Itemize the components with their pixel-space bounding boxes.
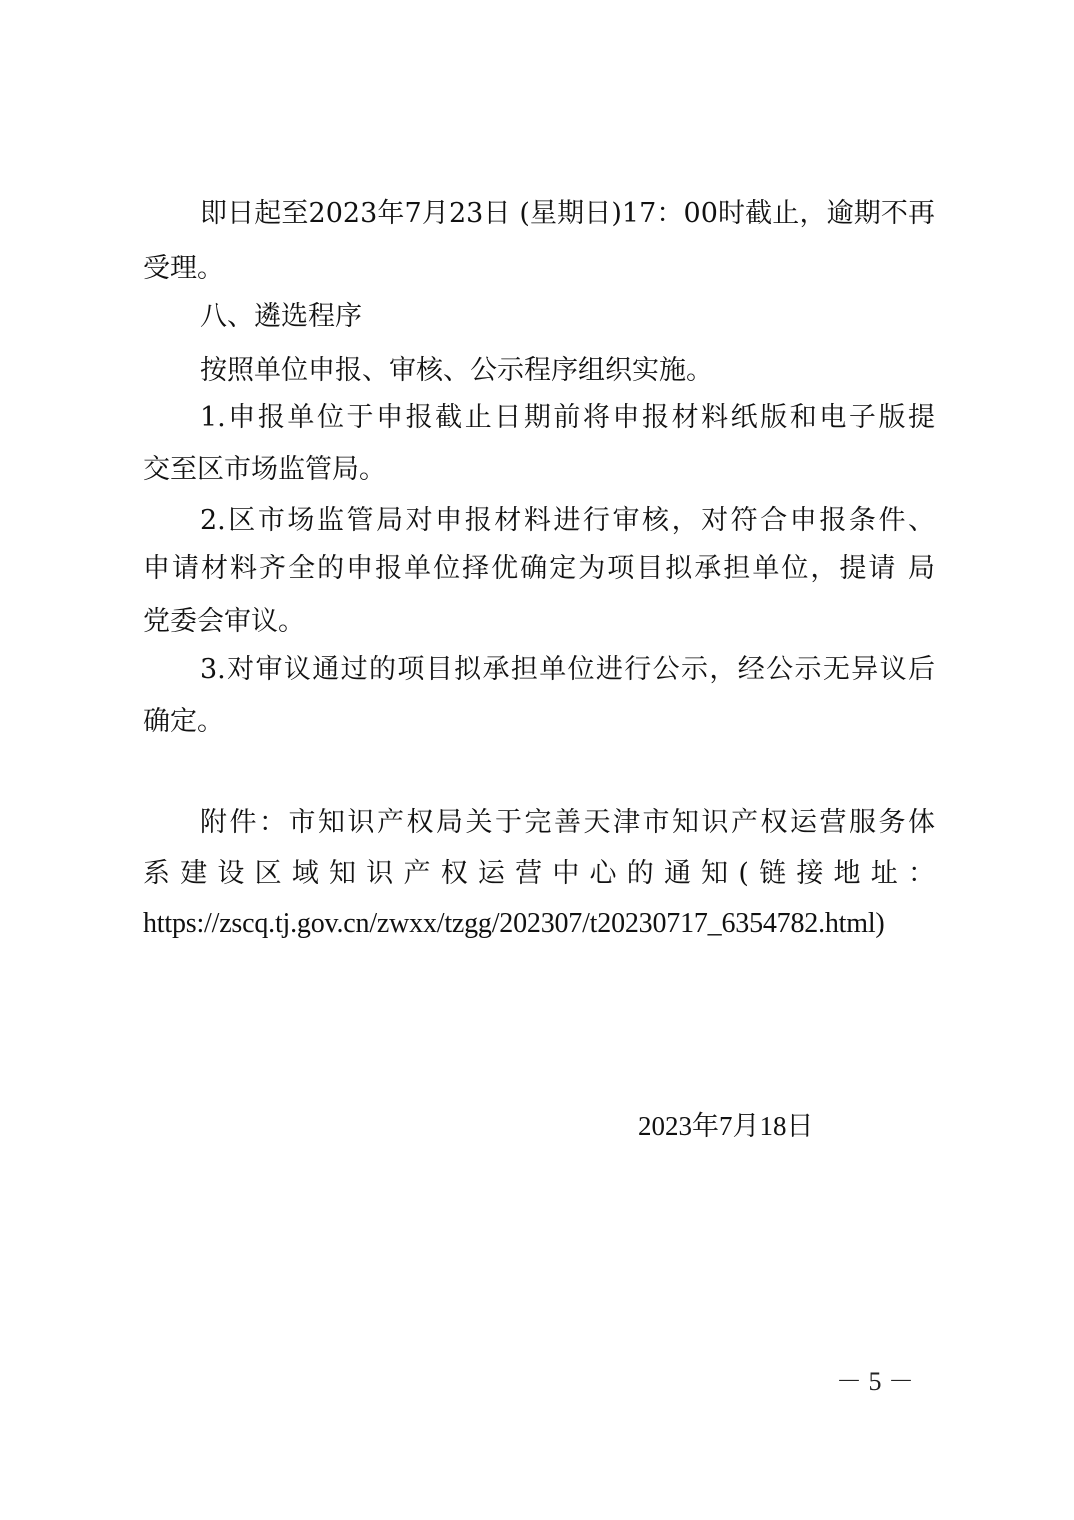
attachment-line-2: 系建设区域知识产权运营中心的通知(链接地址： <box>143 856 935 892</box>
deadline-line-1: 即日起至2023年7月23日 (星期日)17：00时截止，逾期不再 <box>200 196 935 232</box>
signature-date: 2023年7月18日 <box>638 1108 814 1144</box>
step-3-line-1: 3.对审议通过的项目拟承担单位进行公示，经公示无异议后 <box>200 652 935 688</box>
intro-text: 按照单位申报、审核、公示程序组织实施。 <box>200 353 935 389</box>
document-page: 即日起至2023年7月23日 (星期日)17：00时截止，逾期不再 受理。 八、… <box>0 0 1074 1520</box>
step-1-line-1: 1.申报单位于申报截止日期前将申报材料纸版和电子版提 <box>200 400 935 436</box>
step-2-line-3: 党委会审议。 <box>143 604 935 640</box>
page-number: － 5 － <box>836 1364 914 1400</box>
step-3-line-2: 确定。 <box>143 704 935 740</box>
attachment-line-1: 附件：市知识产权局关于完善天津市知识产权运营服务体 <box>200 805 935 841</box>
deadline-line-2: 受理。 <box>143 251 935 287</box>
step-1-line-2: 交至区市场监管局。 <box>143 452 935 488</box>
attachment-url-link[interactable]: https://zscq.tj.gov.cn/zwxx/tzgg/202307/… <box>143 906 935 942</box>
section-heading: 八、遴选程序 <box>200 299 935 335</box>
step-2-line-2: 申请材料齐全的申报单位择优确定为项目拟承担单位，提请 局 <box>143 551 935 587</box>
step-2-line-1: 2.区市场监管局对申报材料进行审核，对符合申报条件、 <box>200 503 935 539</box>
